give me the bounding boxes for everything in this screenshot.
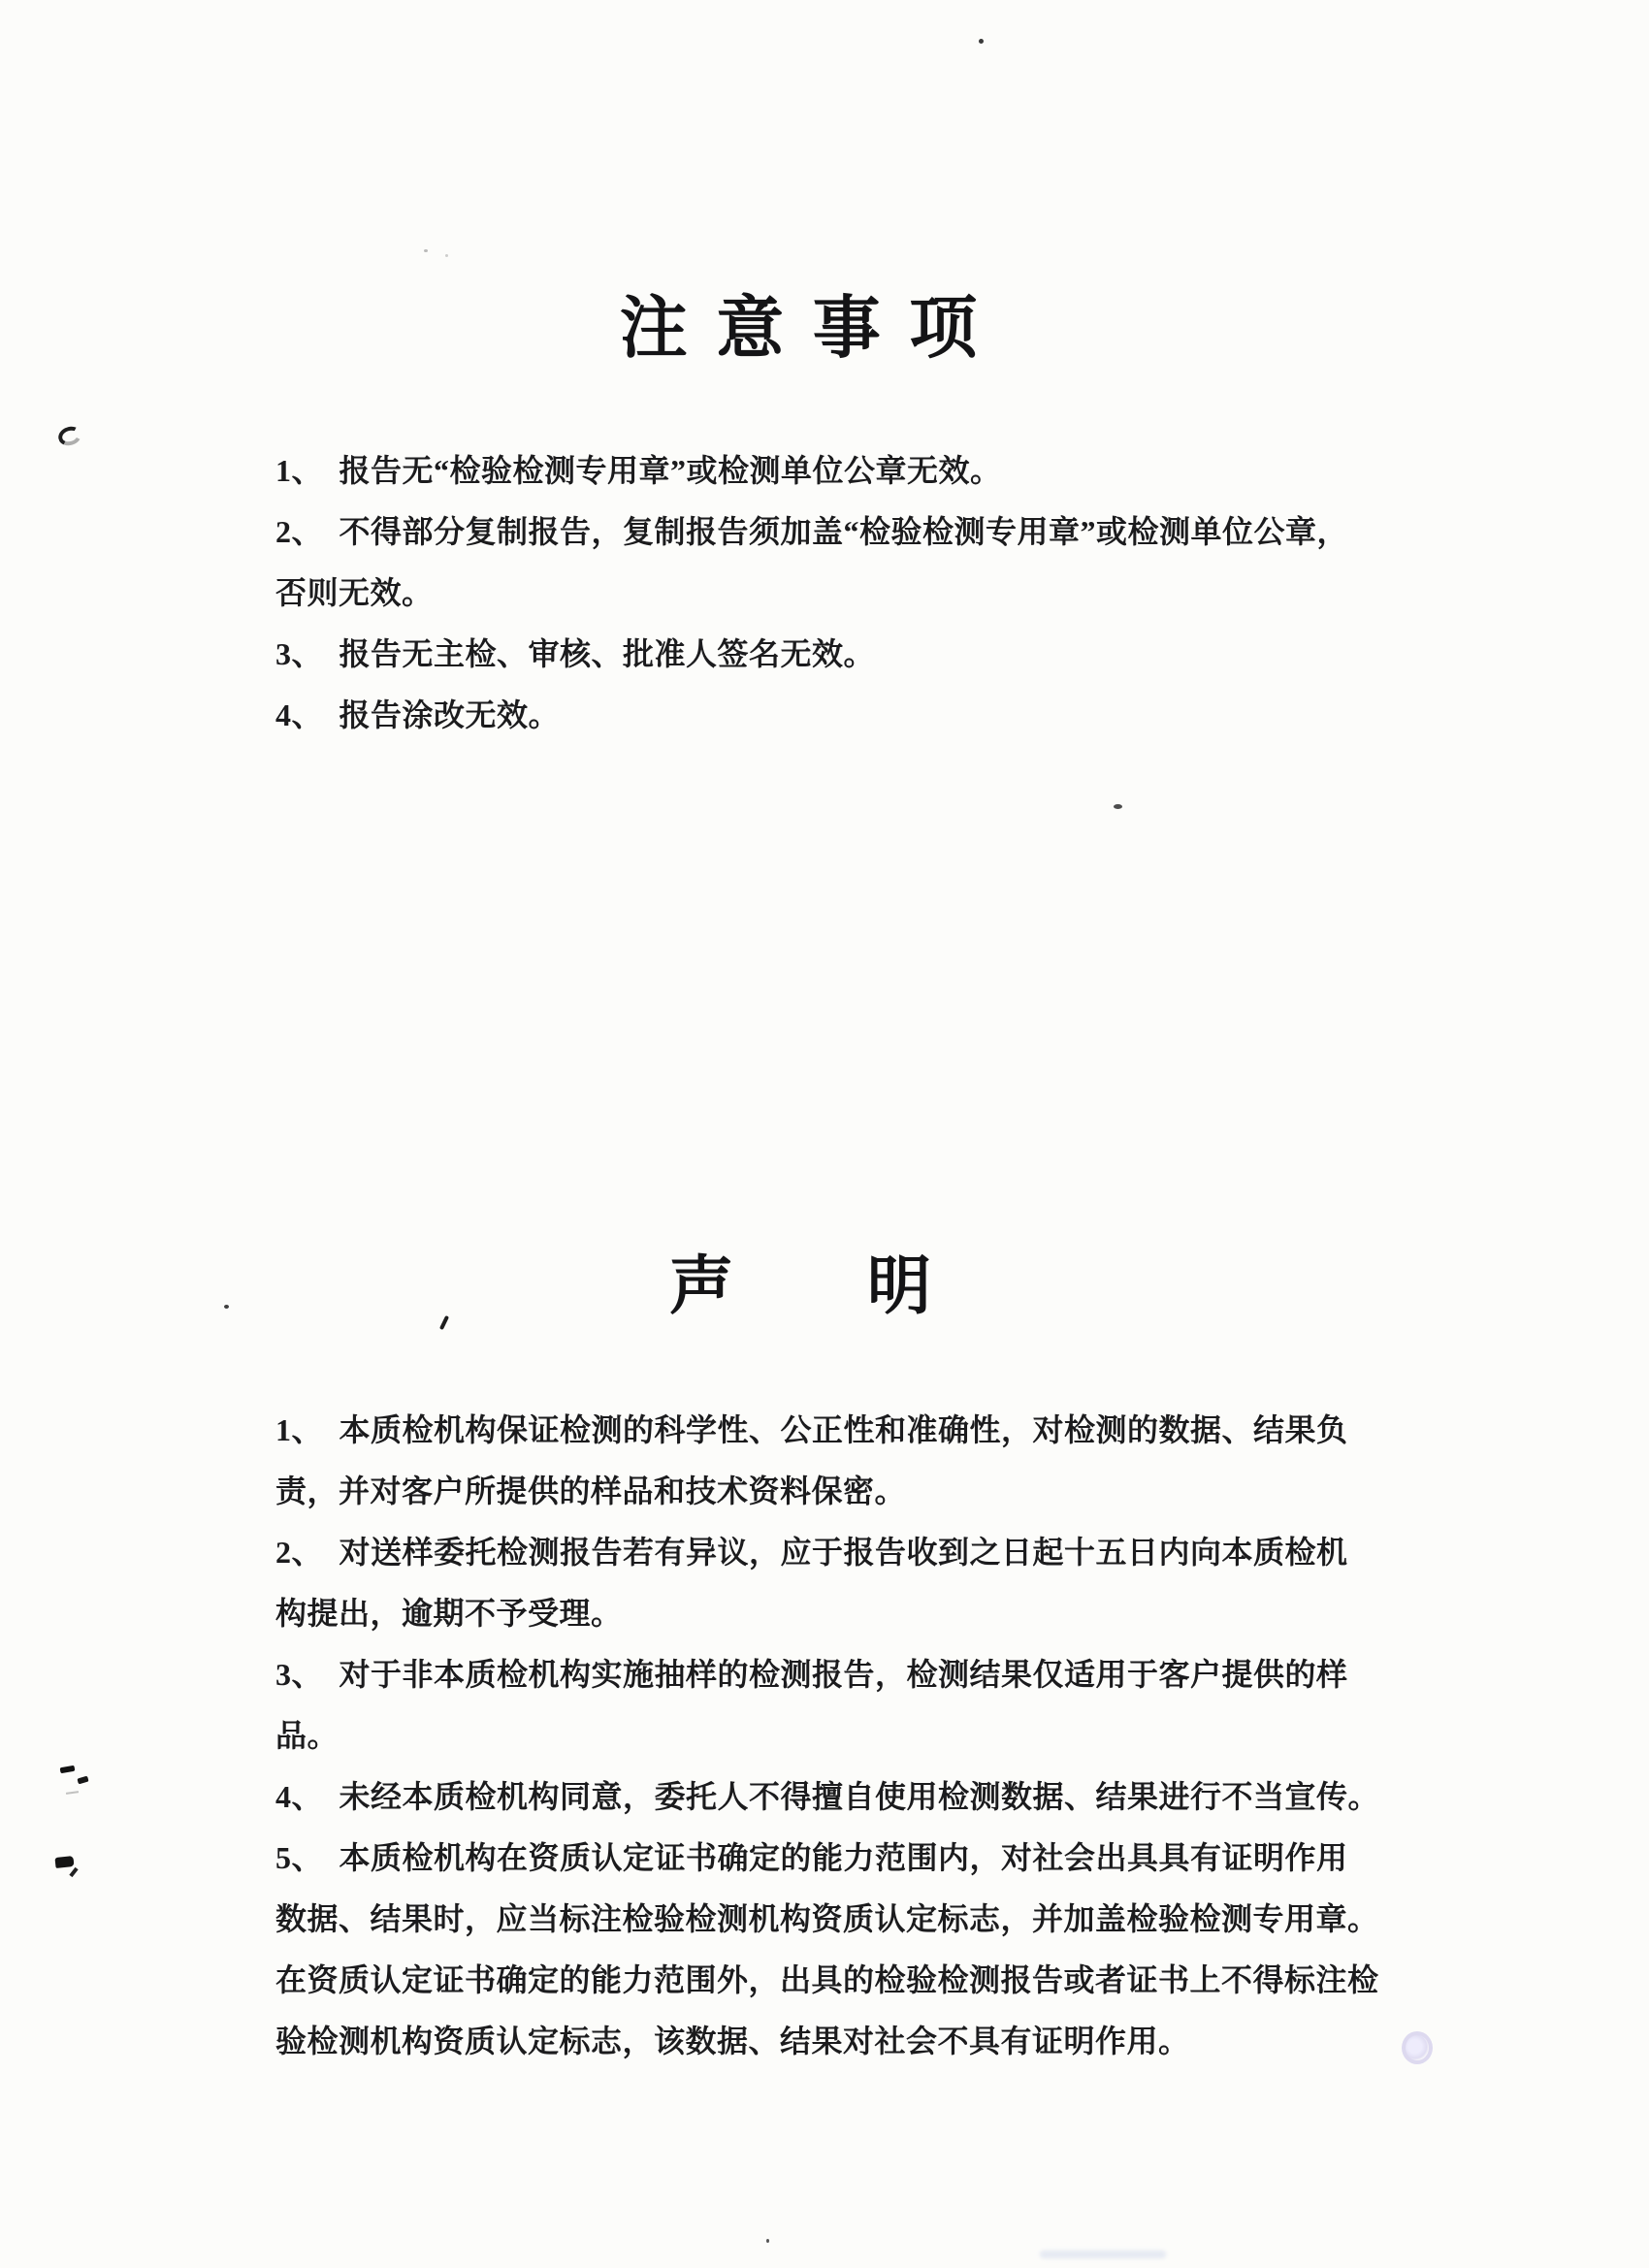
scan-speck [424, 249, 428, 252]
scan-smudge [1040, 2251, 1166, 2258]
ink-mark [56, 424, 84, 448]
scan-speck [979, 39, 984, 44]
ink-mark [66, 1791, 79, 1795]
notice-list: 1、 报告无“检验检测专用章”或检测单位公章无效。 2、 不得部分复制报告，复制… [275, 440, 1420, 746]
notice-line-4: 3、 报告无主检、审核、批准人签名无效。 [275, 624, 1420, 685]
notice-title: 注 意 事 项 [0, 274, 1602, 372]
statement-line-9: 数据、结果时，应当标注检验检测机构资质认定标志，并加盖检验检测专用章。 [275, 1889, 1420, 1950]
notice-line-1: 1、 报告无“检验检测专用章”或检测单位公章无效。 [275, 440, 1420, 502]
ink-mark [69, 1867, 78, 1877]
statement-line-10: 在资质认定证书确定的能力范围外，出具的检验检测报告或者证书上不得标注检 [275, 1950, 1420, 2011]
ink-blot [1402, 2031, 1433, 2064]
notice-line-2: 2、 不得部分复制报告，复制报告须加盖“检验检测专用章”或检测单位公章， [275, 502, 1420, 563]
statement-title: 声 明 [0, 1234, 1602, 1326]
statement-list: 1、 本质检机构保证检测的科学性、公正性和准确性，对检测的数据、结果负 责，并对… [275, 1400, 1420, 2072]
ink-mark [60, 1766, 76, 1774]
statement-line-5: 3、 对于非本质检机构实施抽样的检测报告，检测结果仅适用于客户提供的样 [275, 1644, 1420, 1705]
notice-line-5: 4、 报告涂改无效。 [275, 685, 1420, 746]
ink-mark [77, 1776, 88, 1785]
statement-line-8: 5、 本质检机构在资质认定证书确定的能力范围内，对社会出具具有证明作用 [275, 1828, 1420, 1889]
statement-line-7: 4、 未经本质检机构同意，委托人不得擅自使用检测数据、结果进行不当宣传。 [275, 1766, 1420, 1828]
scan-speck [445, 254, 448, 257]
statement-line-3: 2、 对送样委托检测报告若有异议，应于报告收到之日起十五日内向本质检机 [275, 1522, 1420, 1583]
document-page: 注 意 事 项 1、 报告无“检验检测专用章”或检测单位公章无效。 2、 不得部… [0, 0, 1649, 2268]
statement-line-4: 构提出，逾期不予受理。 [275, 1583, 1420, 1644]
notice-line-3: 否则无效。 [275, 563, 1420, 624]
statement-line-1: 1、 本质检机构保证检测的科学性、公正性和准确性，对检测的数据、结果负 [275, 1400, 1420, 1461]
scan-speck [224, 1305, 229, 1309]
scan-speck [1114, 804, 1122, 809]
statement-line-2: 责，并对客户所提供的样品和技术资料保密。 [275, 1461, 1420, 1522]
scan-speck [766, 2239, 769, 2243]
ink-mark [54, 1856, 74, 1868]
statement-line-6: 品。 [275, 1705, 1420, 1766]
statement-line-11: 验检测机构资质认定标志，该数据、结果对社会不具有证明作用。 [275, 2011, 1420, 2072]
